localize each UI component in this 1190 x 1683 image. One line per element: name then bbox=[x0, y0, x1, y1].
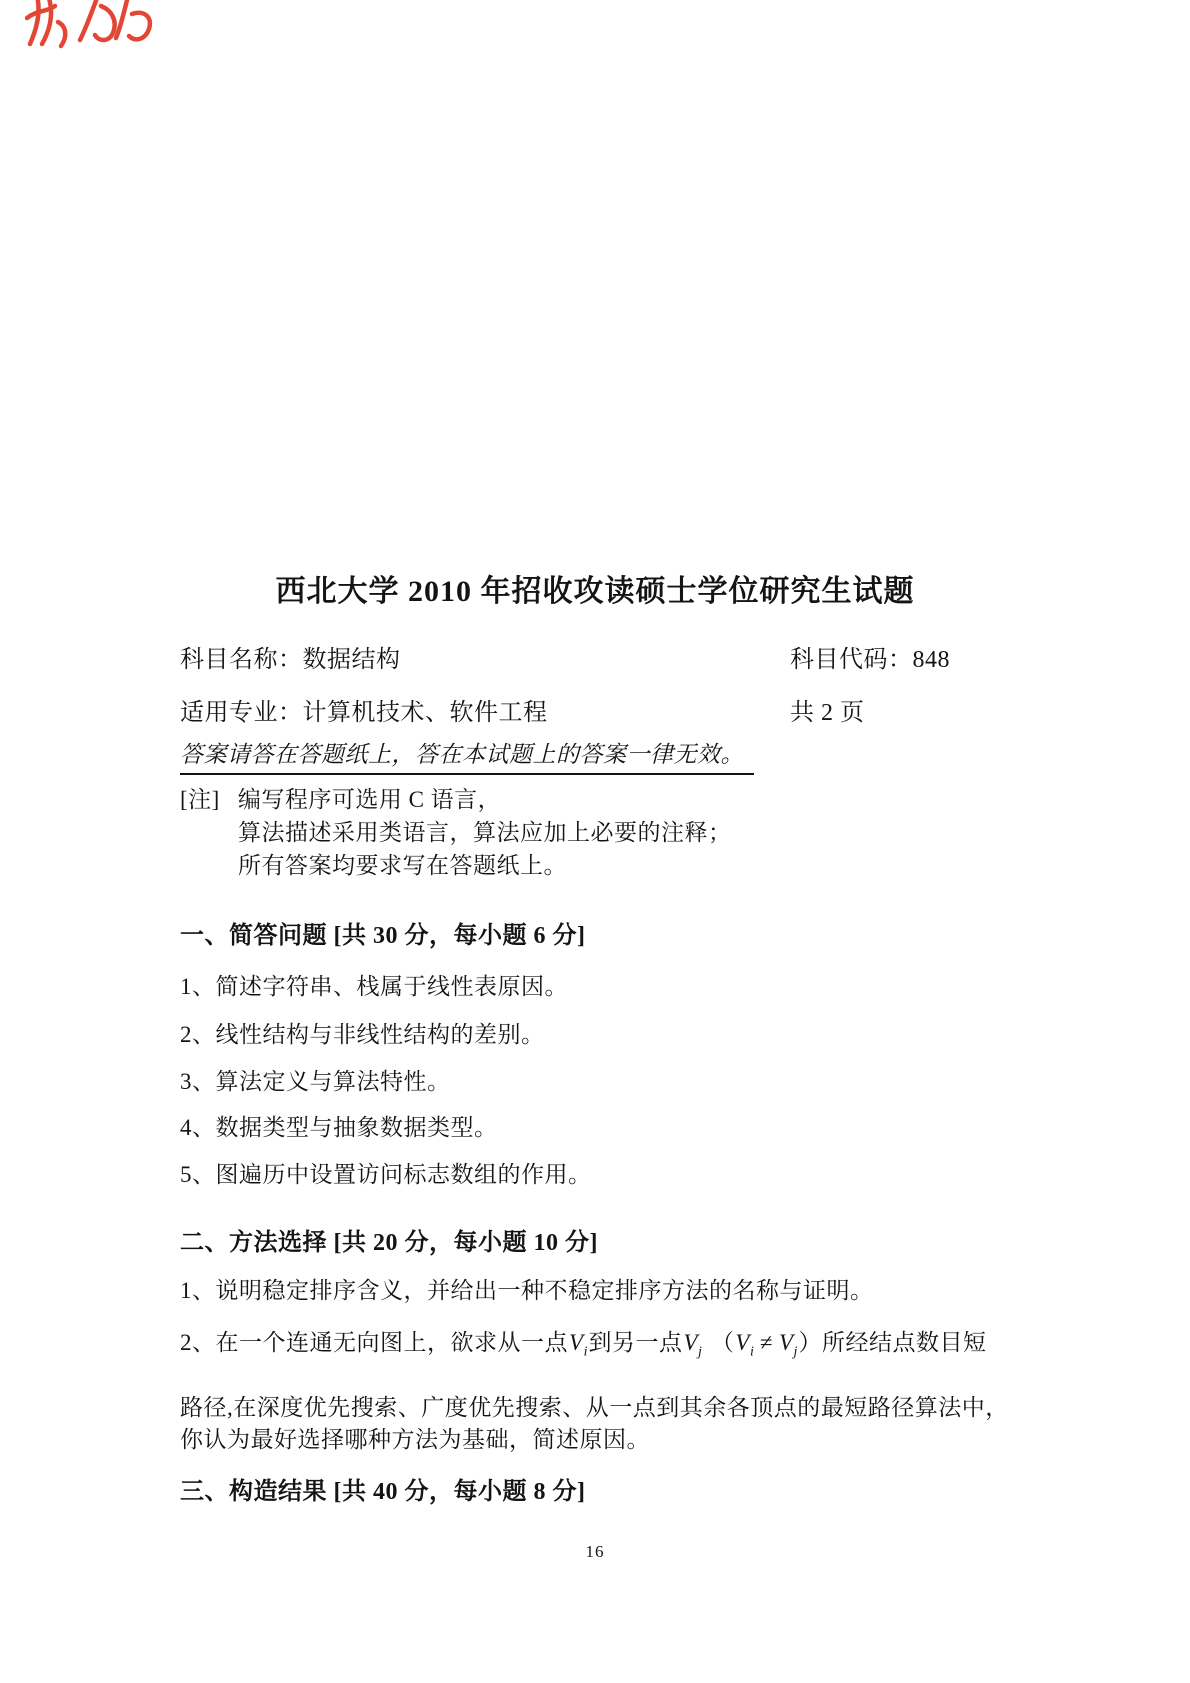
major-label: 适用专业： bbox=[180, 700, 303, 726]
page-number: 16 bbox=[0, 1541, 1190, 1562]
question-item-continuation: 你认为最好选择哪种方法为基础，简述原因。 bbox=[180, 1426, 650, 1455]
q2-text-mid: 到另一点 bbox=[588, 1330, 682, 1355]
note-line-1: [注]编写程序可选用 C 语言， bbox=[180, 786, 501, 815]
math-v-symbol: V bbox=[735, 1330, 750, 1355]
math-subscript-i: i bbox=[584, 1345, 588, 1360]
question-item: 5、图遍历中设置访问标志数组的作用。 bbox=[180, 1161, 592, 1190]
section-2-heading: 二、方法选择 [共 20 分，每小题 10 分] bbox=[180, 1228, 598, 1258]
answer-sheet-notice: 答案请答在答题纸上，答在本试题上的答案一律无效。 bbox=[180, 741, 754, 775]
math-subscript-i: i bbox=[750, 1345, 754, 1360]
math-subscript-j: j bbox=[698, 1345, 702, 1360]
subject-code-row: 科目代码：848 bbox=[790, 645, 950, 675]
note-line-2: 算法描述采用类语言，算法应加上必要的注释； bbox=[238, 819, 732, 848]
q2-paren-close: ）所经结点数目短 bbox=[798, 1330, 986, 1355]
note-line-3: 所有答案均要求写在答题纸上。 bbox=[238, 852, 567, 881]
q2-paren-open: （ bbox=[711, 1330, 735, 1355]
subject-name-row: 科目名称：数据结构 bbox=[180, 645, 401, 675]
exam-title: 西北大学 2010 年招收攻读硕士学位研究生试题 bbox=[0, 573, 1190, 611]
math-vi: Vi bbox=[568, 1330, 588, 1355]
math-v-symbol: V bbox=[569, 1330, 584, 1355]
major-row: 适用专业：计算机技术、软件工程 bbox=[180, 698, 548, 728]
question-item-continuation: 路径,在深度优先搜索、广度优先搜索、从一点到其余各顶点的最短路径算法中， bbox=[180, 1394, 1009, 1423]
math-v-symbol: V bbox=[779, 1330, 794, 1355]
page-count: 共 2 页 bbox=[790, 698, 865, 728]
question-item: 1、简述字符串、栈属于线性表原因。 bbox=[180, 973, 568, 1002]
major-value: 计算机技术、软件工程 bbox=[303, 700, 548, 726]
question-item: 2、线性结构与非线性结构的差别。 bbox=[180, 1021, 545, 1050]
not-equal-sign: ≠ bbox=[760, 1330, 773, 1355]
section-3-heading: 三、构造结果 [共 40 分，每小题 8 分] bbox=[180, 1477, 585, 1507]
section-1-heading: 一、简答问题 [共 30 分，每小题 6 分] bbox=[180, 921, 585, 951]
math-v-symbol: V bbox=[683, 1330, 698, 1355]
note-text-1: 编写程序可选用 C 语言， bbox=[238, 787, 501, 812]
math-vj: Vj bbox=[682, 1330, 702, 1355]
q2-text-pre: 2、在一个连通无向图上，欲求从一点 bbox=[180, 1330, 568, 1355]
question-item: 2、在一个连通无向图上，欲求从一点Vi到另一点Vj（Vi≠Vj）所经结点数目短 bbox=[180, 1329, 986, 1361]
math-vi: Vi bbox=[734, 1330, 754, 1355]
subject-name-value: 数据结构 bbox=[303, 647, 401, 673]
question-item: 3、算法定义与算法特性。 bbox=[180, 1068, 451, 1097]
math-vj: Vj bbox=[778, 1330, 798, 1355]
exam-paper-page: 西北大学 2010 年招收攻读硕士学位研究生试题 科目名称：数据结构 科目代码：… bbox=[0, 0, 1190, 1683]
math-subscript-j: j bbox=[794, 1345, 798, 1360]
subject-code-value: 848 bbox=[913, 647, 951, 673]
red-handwriting-strokes bbox=[27, 0, 150, 46]
subject-name-label: 科目名称： bbox=[180, 647, 303, 673]
red-handwriting-marks bbox=[25, 0, 175, 52]
question-item: 1、说明稳定排序含义，并给出一种不稳定排序方法的名称与证明。 bbox=[180, 1277, 874, 1306]
subject-code-label: 科目代码： bbox=[790, 647, 913, 673]
note-label: [注] bbox=[180, 786, 220, 815]
question-item: 4、数据类型与抽象数据类型。 bbox=[180, 1114, 498, 1143]
